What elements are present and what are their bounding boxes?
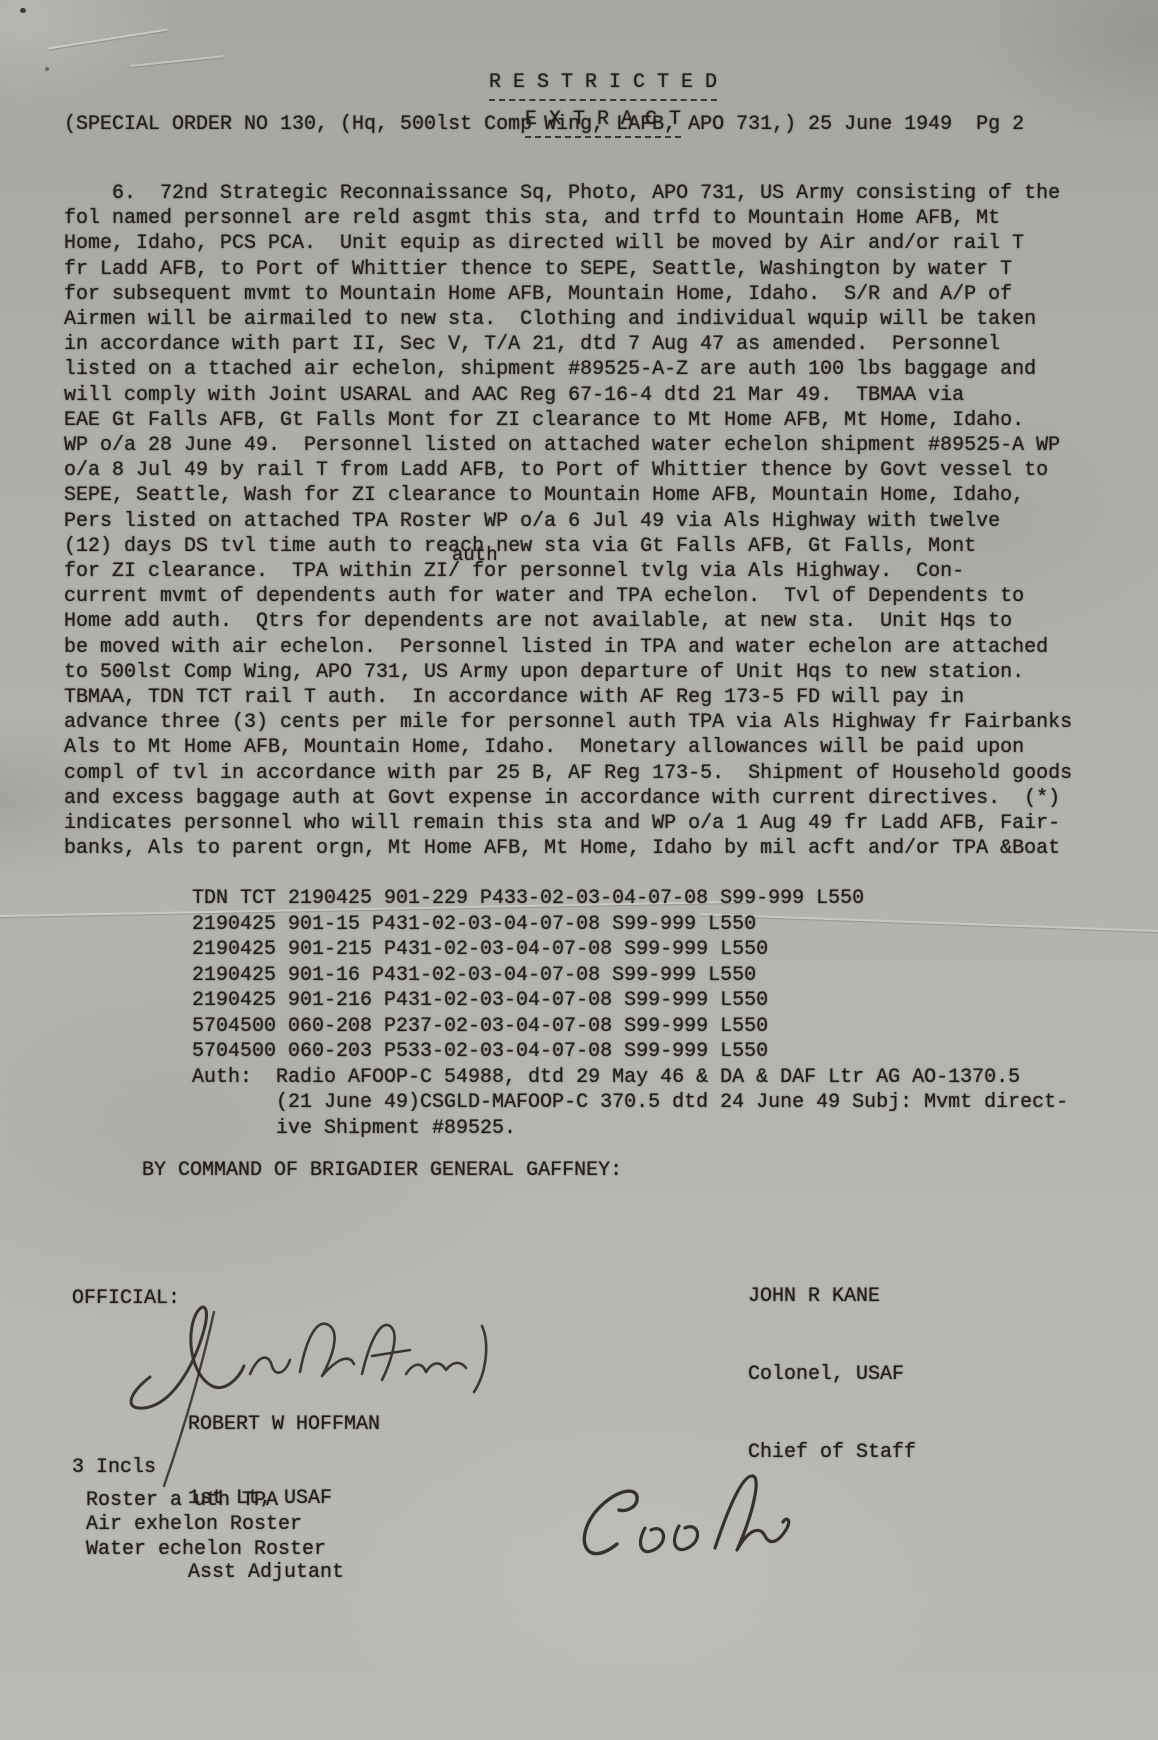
- order-header-line: (SPECIAL ORDER NO 130, (Hq, 500lst Comp …: [64, 112, 1024, 137]
- kane-name: JOHN R KANE: [748, 1284, 916, 1310]
- hoffman-title: Asst Adjutant: [188, 1561, 380, 1586]
- cook-signature: [545, 1466, 845, 1584]
- enclosure-count: 3 Incls: [72, 1455, 156, 1480]
- order-paragraph: 6. 72nd Strategic Reconnaissance Sq, Pho…: [64, 181, 1114, 861]
- hoffman-name: ROBERT W HOFFMAN: [188, 1413, 380, 1438]
- kane-rank: Colonel, USAF: [748, 1362, 916, 1388]
- fiscal-accounting-block: TDN TCT 2190425 901-229 P433-02-03-04-07…: [192, 886, 1068, 1141]
- command-line: BY COMMAND OF BRIGADIER GENERAL GAFFNEY:: [142, 1158, 622, 1183]
- enclosure-list: Roster a uth TPA Air exhelon Roster Wate…: [86, 1489, 326, 1562]
- scan-speck: [20, 8, 26, 13]
- interlinear-insertion: auth: [452, 546, 498, 565]
- document-page: R E S T R I C T E D E X T R A C T (SPECI…: [0, 0, 1158, 1740]
- kane-title: Chief of Staff: [748, 1440, 916, 1466]
